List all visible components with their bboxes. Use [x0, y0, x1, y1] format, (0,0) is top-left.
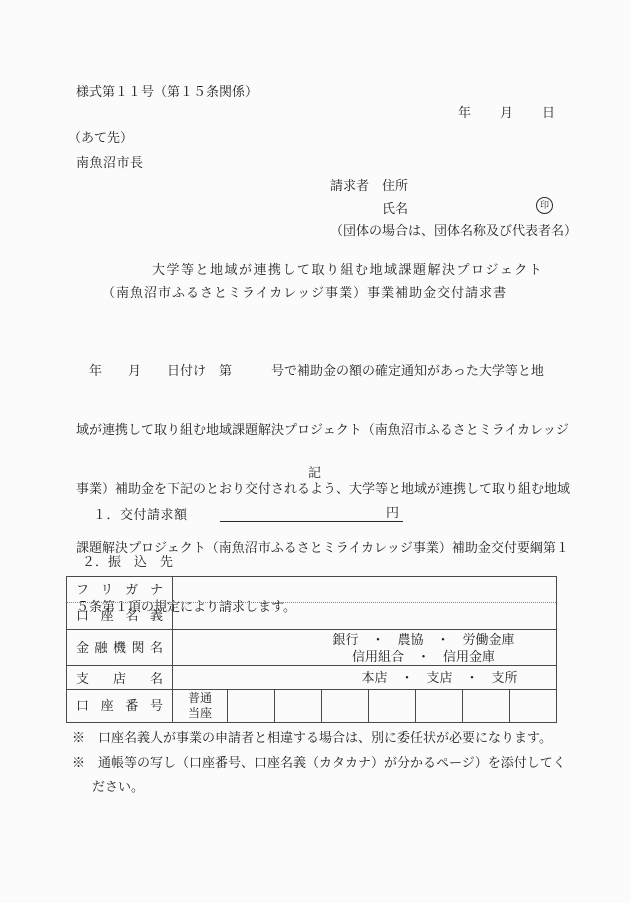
account-number-cell[interactable] [509, 690, 556, 722]
body-line: 域が連携して取り組む地域課題解決プロジェクト（南魚沼市ふるさとミライカレッジ [76, 418, 558, 442]
note-passbook-copy-line2: ださい。 [92, 778, 144, 796]
addressee-mayor: 南魚沼市長 [76, 154, 144, 172]
date-line: 年 月 日 [458, 104, 556, 122]
account-number-label: 口座番号 [67, 690, 173, 722]
table-row-furigana: フリガナ [67, 577, 556, 603]
account-number-cell[interactable] [321, 690, 368, 722]
yen-unit-label: 円 [386, 505, 399, 520]
subsidy-claim-form-page: 様式第１１号（第１５条関係） 年 月 日 （あて先） 南魚沼市長 請求者 住所 … [0, 0, 630, 903]
table-row-account-number: 口座番号 普通 当座 [67, 689, 556, 722]
account-number-cell[interactable] [274, 690, 321, 722]
account-number-cell[interactable] [368, 690, 415, 722]
requester-name-label: 氏名 [382, 200, 408, 218]
bank-field[interactable]: 銀行 ・ 農協 ・ 労働金庫 信用組合 ・ 信用金庫 [173, 630, 556, 665]
form-number: 様式第１１号（第１５条関係） [76, 83, 258, 101]
bank-type-options-line2: 信用組合 ・ 信用金庫 [173, 648, 556, 665]
account-name-field[interactable] [173, 603, 556, 629]
document-title-line2: （南魚沼市ふるさとミライカレッジ事業）事業補助金交付請求書 [102, 284, 507, 302]
bank-type-options-line1: 銀行 ・ 農協 ・ 労働金庫 [173, 631, 556, 648]
note-delegation: ※ 口座名義人が事業の申請者と相違する場合は、別に委任状が必要になります。 [72, 729, 552, 747]
branch-type-options: 本店 ・ 支店 ・ 支所 [173, 666, 556, 689]
claim-amount-blank-line[interactable]: 円 [220, 504, 403, 522]
note-passbook-copy-line1: ※ 通帳等の写し（口座番号、口座名義（カタカナ）が分かるページ）を添付してく [72, 754, 566, 772]
bank-transfer-table: フリガナ 口座名義 金融機関名 銀行 ・ 農協 ・ 労働金庫 信用組合 ・ 信用… [66, 576, 557, 723]
account-type-current: 当座 [188, 706, 212, 721]
furigana-label: フリガナ [67, 577, 173, 602]
document-title-line1: 大学等と地域が連携して取り組む地域課題解決プロジェクト [152, 261, 543, 279]
branch-field[interactable]: 本店 ・ 支店 ・ 支所 [173, 666, 556, 689]
body-line: 年 月 日付け 第 号で補助金の額の確定通知があった大学等と地 [76, 359, 558, 383]
account-name-label: 口座名義 [67, 603, 173, 629]
branch-label: 支店名 [67, 666, 173, 689]
transfer-destination-heading: ２．振 込 先 [82, 553, 173, 571]
requester-address-label: 請求者 住所 [330, 177, 408, 195]
seal-stamp-mark: 印 [536, 197, 553, 214]
table-row-account-name: 口座名義 [67, 603, 556, 629]
account-type-ordinary: 普通 [188, 691, 212, 706]
account-number-cell[interactable] [462, 690, 509, 722]
account-number-cell[interactable] [415, 690, 462, 722]
table-row-branch: 支店名 本店 ・ 支店 ・ 支所 [67, 665, 556, 689]
account-type-cell[interactable]: 普通 当座 [173, 690, 228, 722]
claim-amount-label: １．交付請求額 [93, 506, 188, 524]
account-number-cell[interactable] [228, 690, 274, 722]
section-marker-ki: 記 [0, 464, 630, 482]
addressee-note: （あて先） [68, 129, 133, 147]
furigana-field[interactable] [173, 577, 556, 602]
organization-note: （団体の場合は、団体名称及び代表者名） [330, 222, 577, 240]
bank-label: 金融機関名 [67, 630, 173, 665]
seal-character: 印 [540, 201, 549, 210]
table-row-bank: 金融機関名 銀行 ・ 農協 ・ 労働金庫 信用組合 ・ 信用金庫 [67, 629, 556, 665]
